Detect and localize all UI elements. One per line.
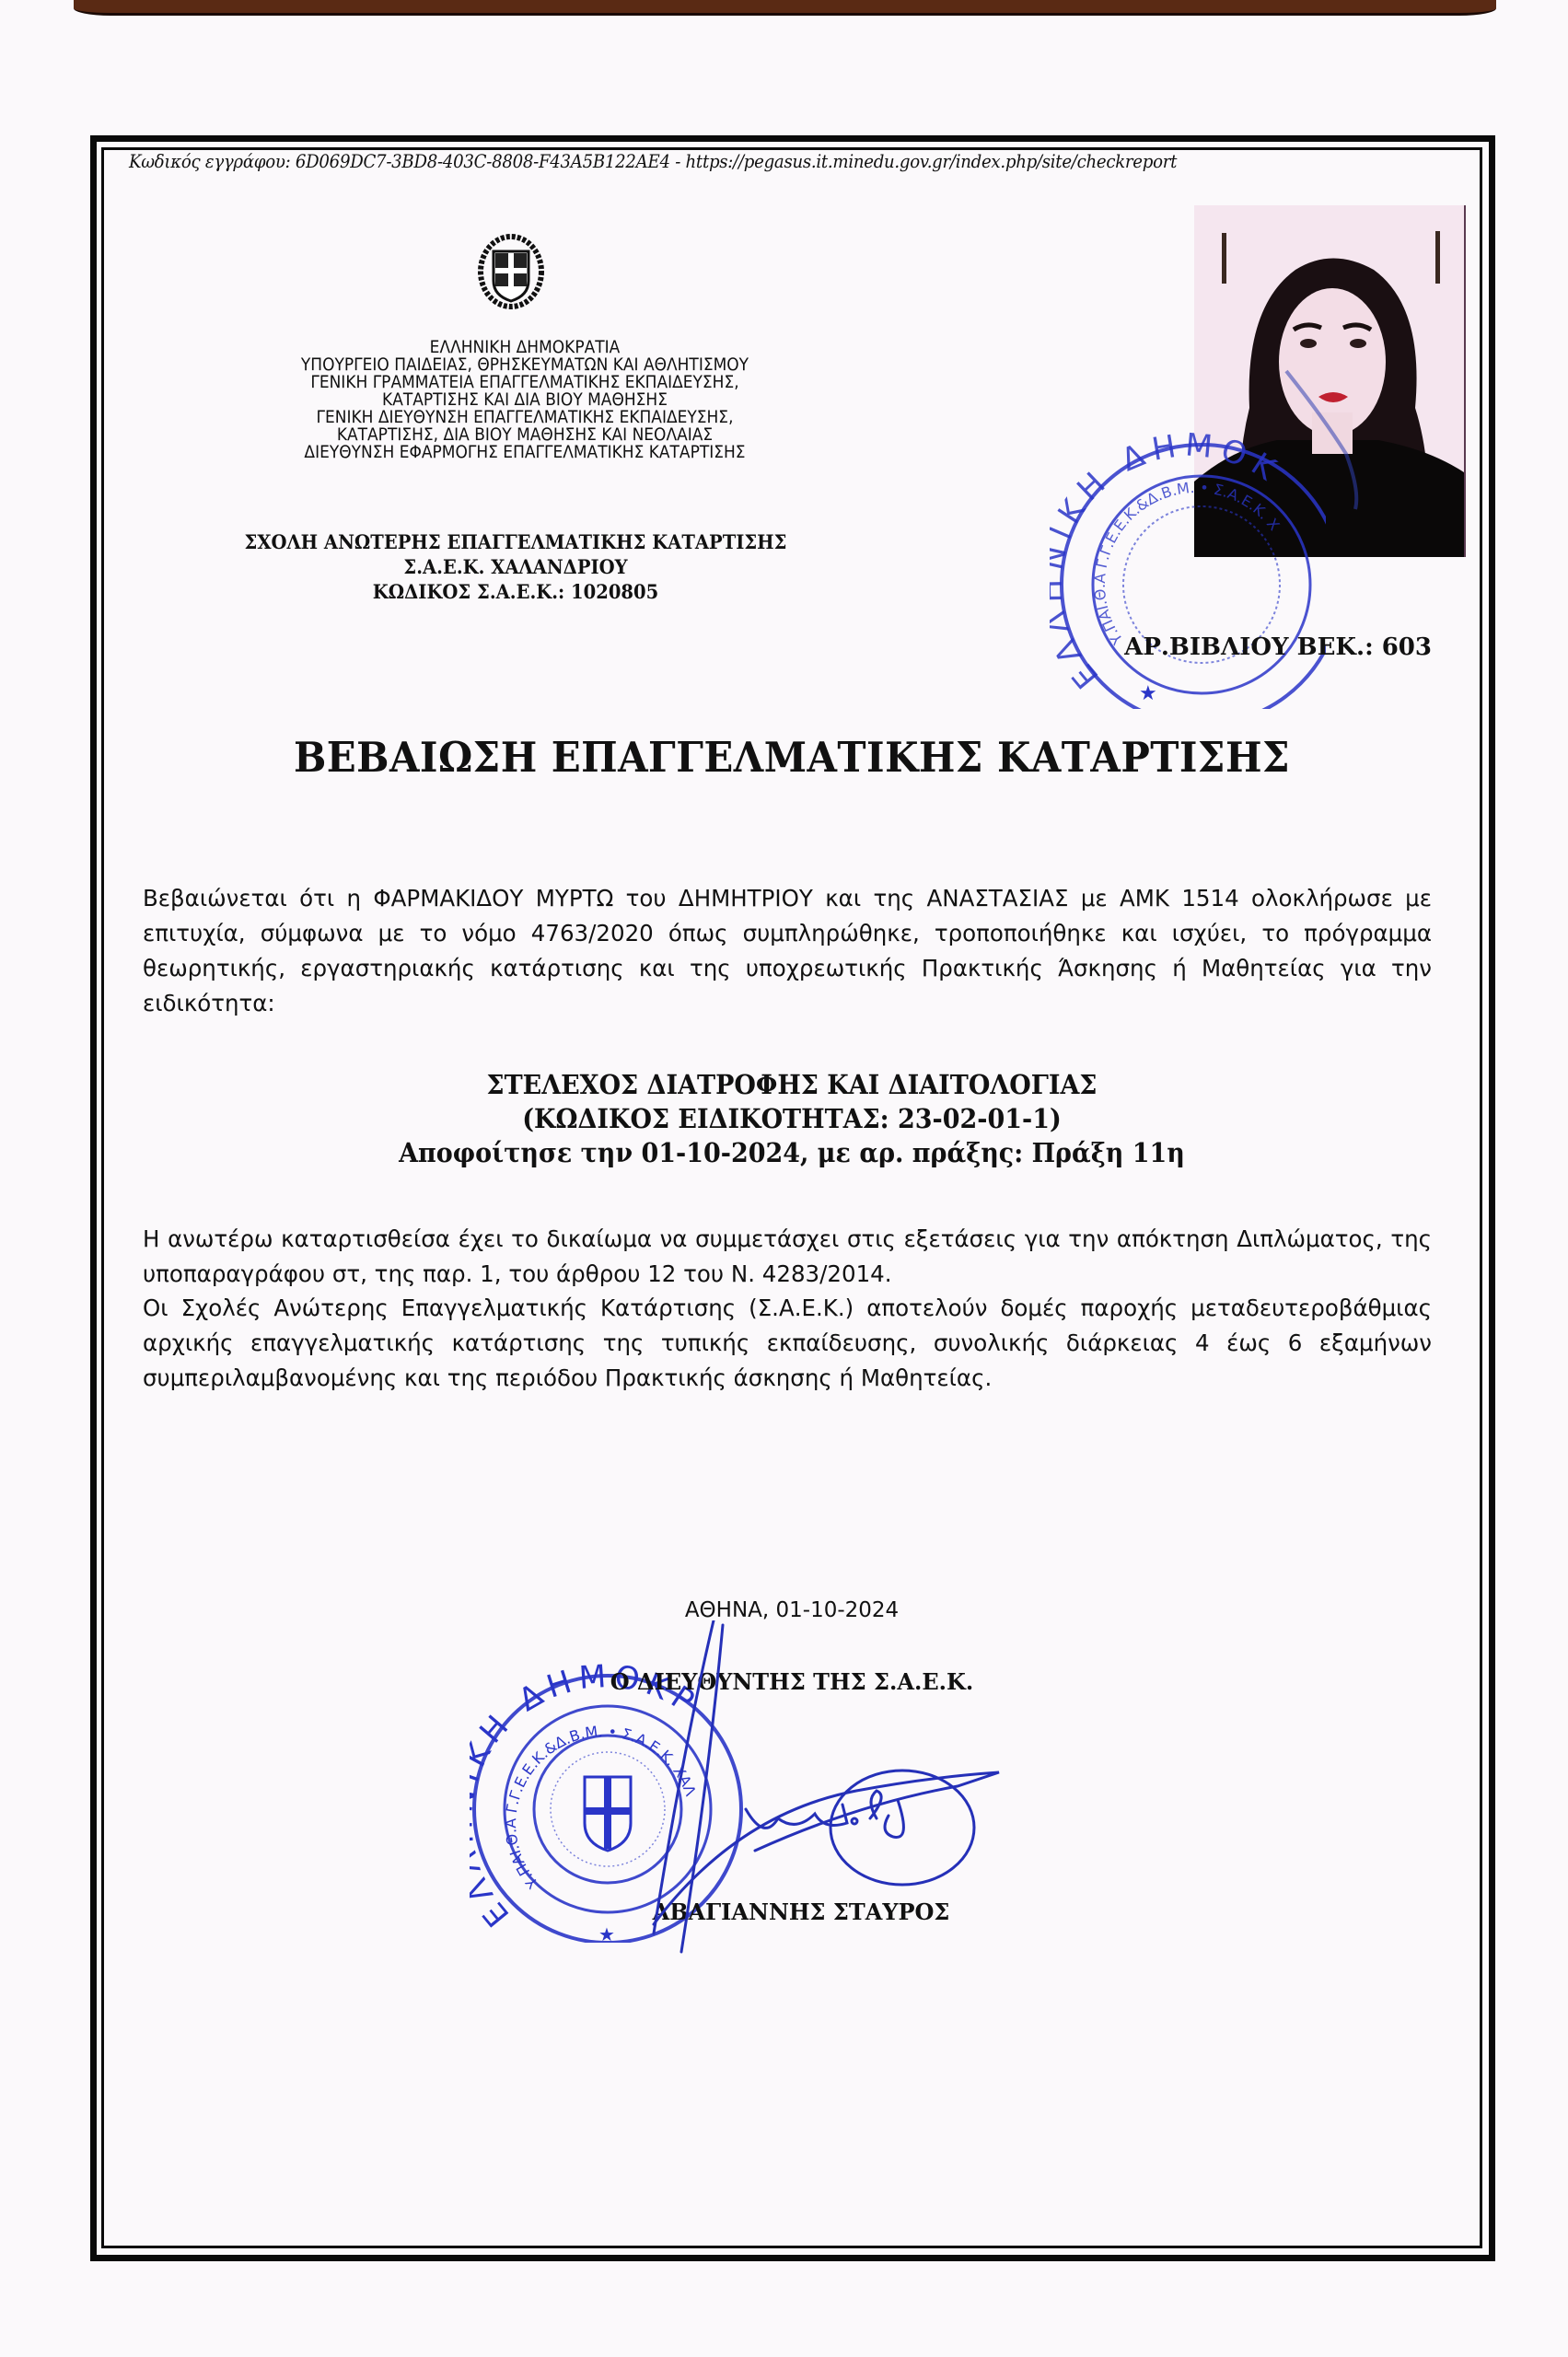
ministry-header-line: ΔΙΕΥΘΥΝΣΗ ΕΦΑΡΜΟΓΗΣ ΕΠΑΓΓΕΛΜΑΤΙΚΗΣ ΚΑΤΑΡ…	[212, 444, 839, 461]
ministry-header-line: ΚΑΤΑΡΤΙΣΗΣ ΚΑΙ ΔΙΑ ΒΙΟΥ ΜΑΘΗΣΗΣ	[212, 391, 839, 409]
school-code: ΚΩΔΙΚΟΣ Σ.Α.Ε.Κ.: 1020805	[173, 579, 858, 604]
ministry-header-line: ΥΠΟΥΡΓΕΙΟ ΠΑΙΔΕΙΑΣ, ΘΡΗΣΚΕΥΜΑΤΩΝ ΚΑΙ ΑΘΛ…	[212, 356, 839, 374]
specialty-name: ΣΤΕΛΕΧΟΣ ΔΙΑΤΡΟΦΗΣ ΚΑΙ ΔΙΑΙΤΟΛΟΓΙΑΣ	[312, 1068, 1272, 1102]
school-name: ΣΧΟΛΗ ΑΝΩΤΕΡΗΣ ΕΠΑΓΓΕΛΜΑΤΙΚΗΣ ΚΑΤΑΡΤΙΣΗΣ	[173, 529, 858, 554]
school-header: ΣΧΟΛΗ ΑΝΩΤΕΡΗΣ ΕΠΑΓΓΕΛΜΑΤΙΚΗΣ ΚΑΤΑΡΤΙΣΗΣ…	[173, 529, 858, 604]
specialty-block: ΣΤΕΛΕΧΟΣ ΔΙΑΤΡΟΦΗΣ ΚΑΙ ΔΙΑΙΤΟΛΟΓΙΑΣ (ΚΩΔ…	[312, 1068, 1272, 1170]
rights-paragraph: Η ανωτέρω καταρτισθείσα έχει το δικαίωμα…	[143, 1222, 1432, 1292]
book-number: ΑΡ.ΒΙΒΛΙΟΥ ΒΕΚ.: 603	[1100, 633, 1432, 661]
school-short-name: Σ.Α.Ε.Κ. ΧΑΛΑΝΔΡΙΟΥ	[173, 554, 858, 579]
ministry-header: ΕΛΛΗΝΙΚΗ ΔΗΜΟΚΡΑΤΙΑ ΥΠΟΥΡΓΕΙΟ ΠΑΙΔΕΙΑΣ, …	[212, 339, 839, 461]
ministry-header-line: ΓΕΝΙΚΗ ΔΙΕΥΘΥΝΣΗ ΕΠΑΓΓΕΛΜΑΤΙΚΗΣ ΕΚΠΑΙΔΕΥ…	[212, 409, 839, 426]
document-title: ΒΕΒΑΙΩΣΗ ΕΠΑΓΓΕΛΜΑΤΙΚΗΣ ΚΑΤΑΡΤΙΣΗΣ	[184, 733, 1400, 782]
director-name: ΑΒΑΓΙΑΝΝΗΣ ΣΤΑΥΡΟΣ	[571, 1898, 1031, 1925]
ministry-header-line: ΓΕΝΙΚΗ ΓΡΑΜΜΑΤΕΙΑ ΕΠΑΓΓΕΛΜΑΤΙΚΗΣ ΕΚΠΑΙΔΕ…	[212, 374, 839, 391]
document-code-line: Κωδικός εγγράφου: 6D069DC7-3BD8-403C-880…	[129, 151, 1362, 172]
ministry-header-line: ΚΑΤΑΡΤΙΣΗΣ, ΔΙΑ ΒΙΟΥ ΜΑΘΗΣΗΣ ΚΑΙ ΝΕΟΛΑΙΑ…	[212, 426, 839, 444]
background-surface-strip	[74, 0, 1496, 16]
id-photo	[1194, 205, 1466, 557]
specialty-code: (ΚΩΔΙΚΟΣ ΕΙΔΙΚΟΤΗΤΑΣ: 23-02-01-1)	[312, 1102, 1272, 1136]
director-title: Ο ΔΙΕΥΘΥΝΤΗΣ ΤΗΣ Σ.Α.Ε.Κ.	[552, 1668, 1031, 1695]
info-paragraph: Οι Σχολές Ανώτερης Επαγγελματικής Κατάρτ…	[143, 1291, 1432, 1396]
graduation-line: Αποφοίτησε την 01-10-2024, με αρ. πράξης…	[312, 1136, 1272, 1170]
ministry-header-line: ΕΛΛΗΝΙΚΗ ΔΗΜΟΚΡΑΤΙΑ	[212, 339, 839, 356]
greek-coat-of-arms-icon	[477, 233, 545, 314]
portrait-image	[1194, 205, 1464, 557]
place-date: ΑΘΗΝΑ, 01-10-2024	[598, 1598, 985, 1622]
certification-paragraph: Βεβαιώνεται ότι η ΦΑΡΜΑΚΙΔΟΥ ΜΥΡΤΩ του Δ…	[143, 881, 1432, 1021]
